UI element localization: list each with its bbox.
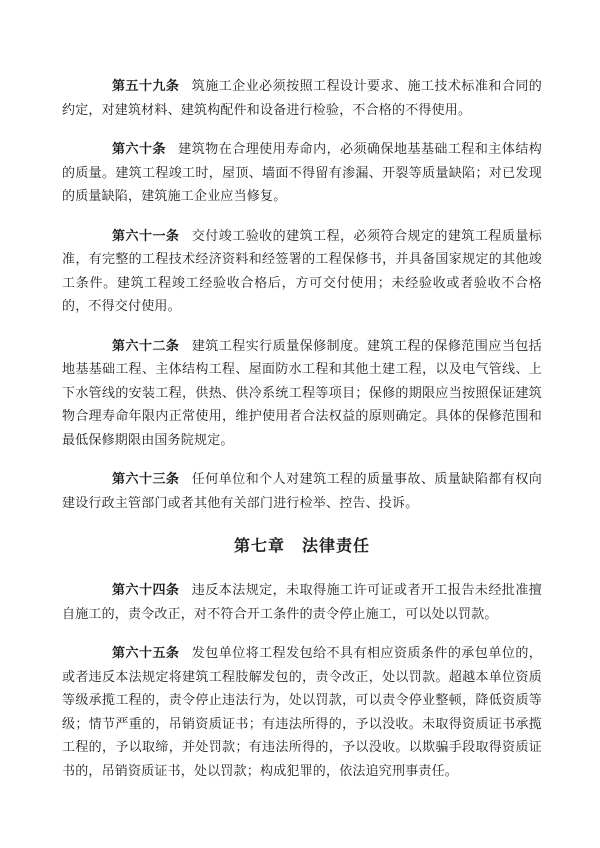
article-61-number: 第六十一条 xyxy=(112,228,179,243)
article-65-number: 第六十五条 xyxy=(112,645,179,660)
article-63-paragraph: 第六十三条任何单位和个人对建筑工程的质量事故、质量缺陷都有权向建设行政主管部门或… xyxy=(62,467,542,514)
article-65-paragraph: 第六十五条发包单位将工程发包给不具有相应资质条件的承包单位的，或者违反本法规定将… xyxy=(62,641,542,782)
chapter-7-heading: 第七章 法律责任 xyxy=(62,534,542,560)
article-60-paragraph: 第六十条建筑物在合理使用寿命内，必须确保地基基础工程和主体结构的质量。建筑工程竣… xyxy=(62,137,542,208)
article-59-paragraph: 第五十九条筑施工企业必须按照工程设计要求、施工技术标准和合同的约定，对建筑材料、… xyxy=(62,74,542,121)
article-63-number: 第六十三条 xyxy=(112,471,179,486)
article-61-paragraph: 第六十一条交付竣工验收的建筑工程，必须符合规定的建筑工程质量标准，有完整的工程技… xyxy=(62,224,542,318)
article-65-text: 发包单位将工程发包给不具有相应资质条件的承包单位的，或者违反本法规定将建筑工程肢… xyxy=(62,645,542,778)
article-62-number: 第六十二条 xyxy=(112,338,179,353)
article-64-paragraph: 第六十四条违反本法规定，未取得施工许可证或者开工报告未经批准擅自施工的，责令改正… xyxy=(62,578,542,625)
article-59-number: 第五十九条 xyxy=(112,78,179,93)
article-64-number: 第六十四条 xyxy=(112,582,179,597)
document-page: 第五十九条筑施工企业必须按照工程设计要求、施工技术标准和合同的约定，对建筑材料、… xyxy=(0,0,600,848)
article-62-text: 建筑工程实行质量保修制度。建筑工程的保修范围应当包括地基基础工程、主体结构工程、… xyxy=(62,338,542,447)
article-62-paragraph: 第六十二条建筑工程实行质量保修制度。建筑工程的保修范围应当包括地基基础工程、主体… xyxy=(62,334,542,452)
article-60-number: 第六十条 xyxy=(112,141,166,156)
